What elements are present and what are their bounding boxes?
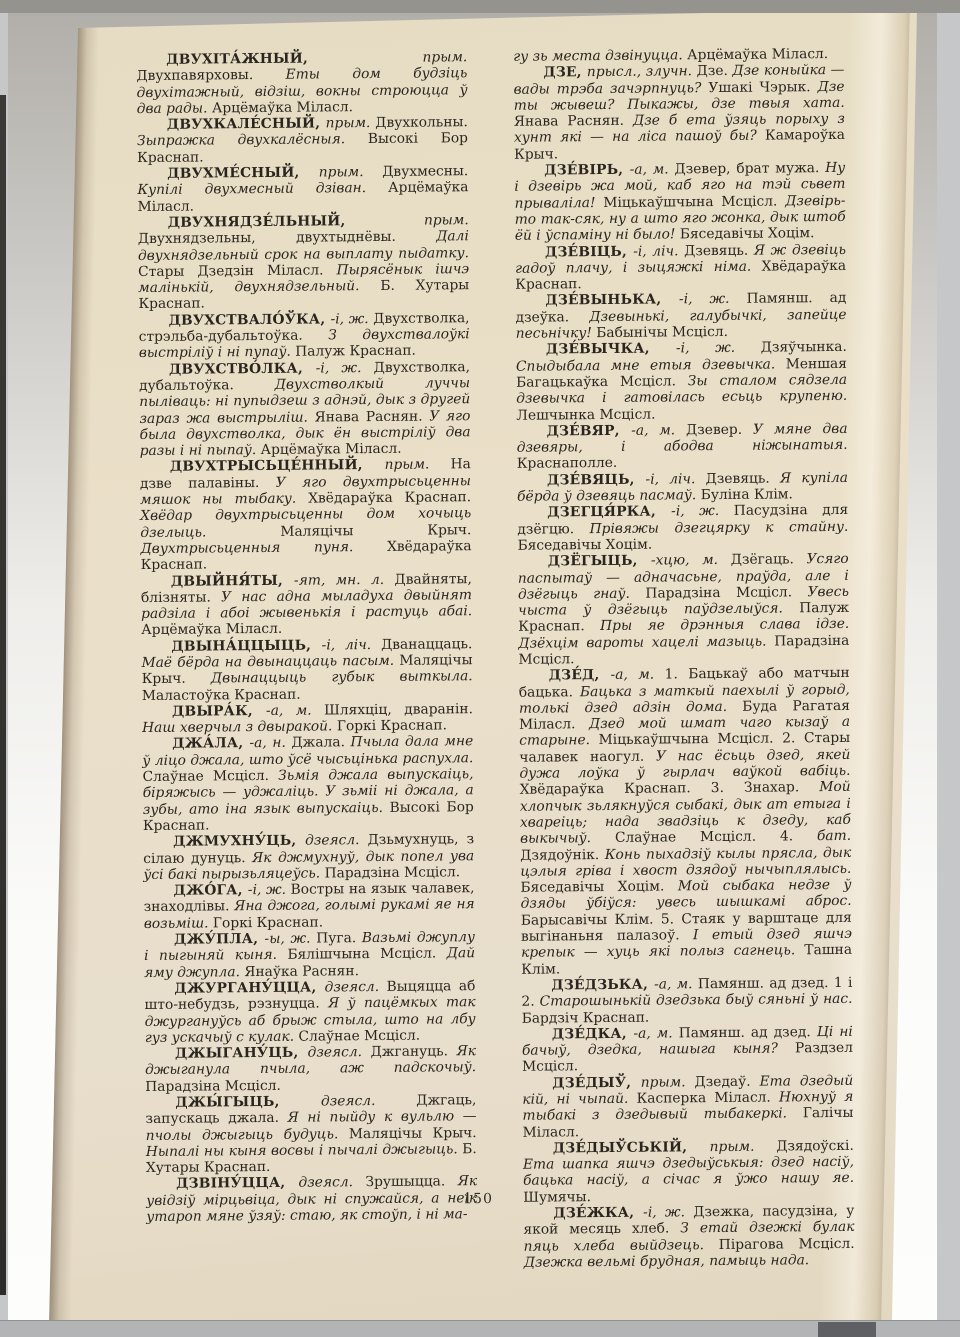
- entry-grammar-or-example: Купілі двухмесный дзіван.: [137, 180, 388, 198]
- entry-definition-or-place: Дзедаў.: [694, 1073, 759, 1090]
- entry-definition-or-place: Слаўнае Мсцісл. 4.: [615, 828, 817, 846]
- entry-grammar-or-example: -і, ж.: [679, 291, 747, 308]
- scan-bottom-strip: [0, 1320, 960, 1337]
- entry-definition-or-place: Міцькаўшчына Мсцісл.: [603, 193, 785, 211]
- entry-grammar-or-example: Двынаццыць губык выткыла.: [211, 668, 473, 686]
- entry-headword: ДВУХСТВО́ЛКА,: [169, 360, 316, 377]
- scanned-book-photo: ДВУХІТА́ЖНЫЙ, прым. Двухпавярховы. Еты д…: [0, 0, 960, 1337]
- dictionary-column-right: гу зь места дзвінуцца. Арцёмаўка Міласл.…: [513, 46, 855, 1271]
- entry-headword: ДВУХІТА́ЖНЫЙ,: [166, 50, 422, 68]
- entry-headword: ДВУХТРЫСЬЦЕ́ННЫЙ,: [170, 457, 385, 475]
- dictionary-entry: ДВУХСТВАЛО́ЎКА, -і, ж. Двухстволка, стрэ…: [138, 310, 469, 362]
- entry-definition-or-place: Парадзіна Мсцісл.: [145, 1078, 281, 1095]
- entry-definition-or-place: Дзевяць.: [684, 242, 754, 259]
- entry-grammar-or-example: прым.: [422, 49, 467, 65]
- entry-definition-or-place: Пуга.: [316, 930, 362, 946]
- entry-definition-or-place: Дзевяць.: [706, 470, 781, 487]
- entry-definition-or-place: Двухпавярховы.: [136, 67, 285, 84]
- entry-definition-or-place: Дзядоўнік.: [520, 847, 605, 864]
- entry-grammar-or-example: -а, м.: [630, 161, 675, 177]
- entry-grammar-or-example: -і, ж.: [330, 311, 373, 327]
- entry-grammar-or-example: бат.: [817, 828, 851, 844]
- entry-definition-or-place: Дзе.: [696, 63, 732, 79]
- dictionary-entry: ДВЫНА́ЦЦЫЦЬ, -і, ліч. Дванаццаць. Маё бё…: [141, 636, 473, 704]
- entry-grammar-or-example: прым.: [710, 1138, 777, 1155]
- entry-headword: ДЗЕ́ВЫНЬКА,: [545, 292, 679, 309]
- entry-definition-or-place: Парадзіна Мсцісл.: [645, 584, 807, 601]
- entry-grammar-or-example: Дзежка вельмі брудная, памыць нада.: [524, 1252, 810, 1270]
- entry-grammar-or-example: -хцю, м.: [651, 552, 731, 569]
- entry-grammar-or-example: -і, ж.: [316, 360, 374, 377]
- entry-headword: ДЗЕ́ВЫЧКА,: [546, 341, 676, 358]
- dictionary-entry: ДВУХІТА́ЖНЫЙ, прым. Двухпавярховы. Еты д…: [136, 49, 468, 117]
- dictionary-entry: ДЗЕ́ВЯЦЬ, -і, ліч. Дзевяць. Я купіла бёр…: [517, 470, 848, 505]
- entry-grammar-or-example: -і, ліч.: [645, 471, 705, 488]
- entry-grammar-or-example: прым.: [326, 115, 376, 131]
- entry-definition-or-place: Бардзіч Краснап.: [522, 1009, 650, 1026]
- entry-grammar-or-example: дзеясл.: [298, 1175, 365, 1192]
- entry-grammar-or-example: -ят, мн. л.: [294, 571, 395, 588]
- entry-definition-or-place: Янаўка Раснян.: [244, 963, 359, 980]
- entry-definition-or-place: Лешчынка Мсцісл.: [516, 406, 655, 423]
- entry-definition-or-place: Хвёдараўка Краснап.: [308, 489, 471, 506]
- entry-grammar-or-example: -і, ж.: [676, 340, 761, 357]
- entry-grammar-or-example: Спыдыбала мне етыя дзевычка.: [516, 356, 786, 374]
- entry-definition-or-place: Дзёгаць.: [731, 551, 807, 568]
- entry-headword: ДЗЕ́ЖКА,: [553, 1205, 643, 1222]
- entry-headword: ДЗЕ́ДЫЎ,: [552, 1074, 641, 1091]
- dictionary-entry: ДВЫРА́К, -а, м. Шляхціц, дваранін. Наш х…: [142, 701, 473, 736]
- entry-grammar-or-example: -а, м.: [631, 422, 686, 438]
- entry-definition-or-place: Ушакі Чэрык.: [708, 79, 817, 96]
- dictionary-entry: ДЗЕ́ДЫЎСЬКІЙ, прым. Дзядоўскі. Ета шапка…: [523, 1138, 855, 1206]
- dictionary-entry: ДЖМУХНУ́ЦЬ, дзеясл. Дзьмухнуць, з сілаю …: [143, 831, 474, 883]
- entry-grammar-or-example: дзеясл.: [307, 1044, 370, 1061]
- entry-definition-or-place: Джала.: [291, 735, 350, 752]
- page-number: 150: [463, 1191, 493, 1208]
- dictionary-entry: ДВУХКАЛЕ́СНЫЙ, прым. Двухкольны. Зыпражк…: [137, 114, 468, 166]
- page-bottom-shadow: [818, 1322, 876, 1337]
- entry-definition-or-place: Бяседавічы Хоцім.: [517, 536, 652, 553]
- entry-grammar-or-example: -а, м.: [654, 976, 698, 992]
- entry-definition-or-place: Слаўнае Мсцісл.: [298, 1027, 420, 1044]
- entry-grammar-or-example: Ета шапка яшчэ дзедыўськыя: дзед насіў, …: [523, 1154, 854, 1189]
- entry-definition-or-place: Палуж Краснап.: [295, 343, 416, 360]
- entry-headword: ДЗЕ́ДЗЬКА,: [551, 977, 654, 994]
- entry-definition-or-place: Маластоўка Краснап.: [142, 686, 301, 703]
- entry-headword: ДЗЕ́ДКА,: [552, 1026, 634, 1043]
- dictionary-entry: ДЗЕ́ВІЦЬ, -і, ліч. Дзевяць. Я ж дзевіць …: [515, 241, 846, 293]
- entry-definition-or-place: Маляцічы Крыч.: [280, 522, 471, 540]
- dictionary-entry: ДВУХСТВО́ЛКА, -і, ж. Двухстволка, дубаль…: [139, 359, 471, 460]
- entry-headword: ДВУХНЯДЗЕ́ЛЬНЫЙ,: [168, 213, 424, 231]
- entry-definition-or-place: Двухкольны.: [375, 114, 468, 131]
- entry-headword: ДЗЕ́Д,: [549, 667, 611, 684]
- entry-headword: ДЖУРГАНУ́ЦЦА,: [174, 979, 324, 996]
- entry-definition-or-place: Дзевер.: [686, 422, 753, 439]
- entry-headword: ДВЫЙНЯ́ТЫ,: [171, 572, 294, 589]
- entry-headword: ДЖЫГАНУ́ЦЬ,: [175, 1045, 308, 1062]
- entry-grammar-or-example: Наш хверчыл з двыракой.: [142, 719, 337, 737]
- dictionary-entry: ДЗЕ́ДЫЎ, прым. Дзедаў. Ета дзедый кій, н…: [522, 1073, 854, 1141]
- entry-headword: ДЗЕ,: [543, 64, 587, 80]
- entry-definition-or-place: Дзевер, брат мужа.: [674, 160, 825, 177]
- entry-definition-or-place: Касперка Міласл.: [636, 1089, 779, 1106]
- entry-grammar-or-example: Ныпалі ны кыня восвы і пычалі джыгыць.: [146, 1141, 463, 1160]
- entry-grammar-or-example: -і, ж.: [671, 503, 734, 520]
- entry-grammar-or-example: Зыпражка двухкалёсныя.: [137, 132, 368, 150]
- entry-grammar-or-example: дзеясл.: [325, 979, 387, 996]
- dictionary-column-left: ДВУХІТА́ЖНЫЙ, прым. Двухпавярховы. Еты д…: [136, 49, 477, 1225]
- dictionary-entry: ДЖЫГАНУ́ЦЬ, дзеясл. Джгануць. Як джыгану…: [145, 1043, 476, 1095]
- entry-headword: ДЗЕ́ВІРЬ,: [544, 162, 630, 179]
- entry-grammar-or-example: гу зь места дзвінуцца.: [513, 47, 687, 65]
- entry-definition-or-place: Янава Раснян.: [315, 408, 430, 425]
- entry-definition-or-place: Двухмесны.: [382, 163, 468, 180]
- dictionary-entry: ДЗЕГЦЯ́РКА, -і, ж. Пасудзіна для дзёгцю.…: [517, 502, 848, 554]
- dictionary-entry: ДЖУРГАНУ́ЦЦА, дзеясл. Выцяцца аб што-неб…: [144, 978, 476, 1046]
- entry-grammar-or-example: -а, м.: [633, 1025, 678, 1041]
- entry-headword: ДВЫНА́ЦЦЫЦЬ,: [171, 637, 321, 654]
- entry-definition-or-place: Бяседавічы Хоцім.: [680, 225, 815, 242]
- entry-grammar-or-example: прым.: [319, 164, 383, 181]
- entry-headword: ДЗЕГЦЯ́РКА,: [547, 504, 671, 521]
- entry-grammar-or-example: -а, м.: [610, 667, 664, 683]
- entry-definition-or-place: Шумячы.: [523, 1189, 591, 1206]
- entry-headword: ДЖА́ЛА,: [172, 736, 249, 753]
- dictionary-entry: ДЖЫ́ГЫЦЬ, дзеясл. Джгаць, запускаць джал…: [145, 1092, 477, 1176]
- entry-headword: ДЖУ́ПЛА,: [174, 931, 265, 948]
- entry-headword: ДЗЕ́ДЫЎСЬКІЙ,: [553, 1139, 710, 1156]
- entry-grammar-or-example: Маё бёрда на двынаццаць пасым.: [141, 653, 399, 671]
- entry-headword: ДЗЕ́ВЯЦЬ,: [547, 471, 646, 488]
- dictionary-entry: ДЗЕ́Д, -а, м. 1. Бацькаў або матчын баць…: [519, 665, 853, 978]
- entry-headword: ДВЫРА́К,: [172, 703, 266, 720]
- entry-definition-or-place: Дзядоўскі.: [776, 1138, 854, 1155]
- entry-definition-or-place: Арцёмаўка Міласл.: [141, 621, 282, 638]
- dictionary-entry: ДЗЁГЫЦЬ, -хцю, м. Дзёгаць. Усяго паспыта…: [518, 551, 850, 668]
- entry-definition-or-place: Бабынічы Мсцісл.: [596, 324, 728, 341]
- entry-headword: ДВУХМЕ́СНЫЙ,: [167, 165, 319, 182]
- entry-headword: ДЖО́ГА,: [173, 882, 247, 899]
- dictionary-entry: ДВУХНЯДЗЕ́ЛЬНЫЙ, прым. Двухнядзельны, дв…: [138, 212, 470, 313]
- entry-definition-or-place: Арцёмаўка Міласл.: [687, 46, 828, 63]
- entry-grammar-or-example: -і, ж.: [248, 882, 291, 898]
- entry-definition-or-place: Слаўнае Мсцісл.: [142, 768, 278, 785]
- entry-definition-or-place: Буліна Клім.: [701, 486, 793, 503]
- entry-grammar-or-example: -і, ліч.: [633, 243, 684, 259]
- entry-grammar-or-example: -і, ліч.: [322, 637, 382, 654]
- entry-grammar-or-example: прысл., злучн.: [587, 63, 697, 80]
- entry-definition-or-place: Зрушыцца.: [365, 1174, 457, 1191]
- entry-headword: ДЗВІНУ́ЦЦА,: [176, 1175, 299, 1192]
- entry-definition-or-place: Янава Раснян.: [514, 113, 633, 130]
- entry-definition-or-place: Дванаццаць.: [381, 636, 473, 653]
- entry-definition-or-place: Арцёмаўка Міласл.: [212, 99, 353, 116]
- dictionary-entry: ДЗЕ́ДЗЬКА, -а, м. Памянш. ад дзед. 1 і 2…: [521, 975, 852, 1027]
- entry-definition-or-place: Стары Дзедзін Міласл.: [138, 262, 337, 280]
- page-text-layer: ДВУХІТА́ЖНЫЙ, прым. Двухпавярховы. Еты д…: [0, 0, 960, 1337]
- scan-top-strip: [0, 0, 960, 13]
- dictionary-entry: ДЖО́ГА, -і, ж. Востры на язык чалавек, з…: [143, 880, 474, 932]
- entry-grammar-or-example: -а, м.: [266, 702, 324, 719]
- entry-definition-or-place: Бялішчына Мсцісл.: [287, 946, 446, 963]
- entry-headword: ДВУХКАЛЕ́СНЫЙ,: [167, 116, 326, 133]
- entry-headword: ДВУХСТВАЛО́ЎКА,: [168, 311, 330, 328]
- dictionary-entry: ДЗЕ́ВІРЬ, -а, м. Дзевер, брат мужа. Ну і…: [514, 160, 846, 244]
- entry-definition-or-place: Бяседавічы Хоцім.: [520, 879, 677, 896]
- entry-grammar-or-example: Двухтрысьценныя пуня.: [140, 539, 387, 557]
- entry-grammar-or-example: Старошынькій дзедзька быў сяньні ў нас.: [540, 991, 853, 1010]
- entry-definition-or-place: Горкі Краснап.: [337, 718, 447, 735]
- entry-grammar-or-example: прым.: [385, 457, 451, 474]
- entry-grammar-or-example: -і, ж.: [643, 1204, 693, 1220]
- entry-definition-or-place: Краснаполле.: [517, 455, 618, 472]
- entry-headword: ДЗЁГЫЦЬ,: [548, 553, 651, 570]
- entry-grammar-or-example: -ы, ж.: [264, 931, 316, 947]
- dictionary-entry: ДЗЕ́ВЫНЬКА, -і, ж. Памянш. ад дзеўка. Дз…: [515, 290, 846, 342]
- dictionary-entry: ДВЫЙНЯ́ТЫ, -ят, мн. л. Двайняты, блізнят…: [141, 571, 473, 639]
- entry-grammar-or-example: прым.: [424, 212, 469, 228]
- entry-definition-or-place: Арцёмаўка Міласл.: [261, 441, 402, 458]
- entry-definition-or-place: Горкі Краснап.: [213, 914, 323, 931]
- entry-definition-or-place: Памянш. ад дзед.: [679, 1024, 817, 1041]
- dictionary-entry: ДЗВІНУ́ЦЦА, дзеясл. Зрушыцца. Як увідзіў…: [146, 1174, 477, 1226]
- entry-definition-or-place: Пірагова Мсцісл.: [719, 1236, 855, 1253]
- dictionary-entry: ДЗЕ́ВЯР, -а, м. Дзевер. У мяне два дзевя…: [516, 421, 847, 473]
- dictionary-entry: ДЗЕ́ВЫЧКА, -і, ж. Дзяўчынка. Спыдыбала м…: [516, 339, 848, 423]
- entry-grammar-or-example: прым.: [641, 1074, 695, 1090]
- dictionary-entry: ДЗЕ́ЖКА, -і, ж. Дзежка, пасудзіна, у яко…: [523, 1203, 855, 1271]
- entry-grammar-or-example: -а, н.: [249, 735, 291, 751]
- dictionary-entry: ДЗЕ, прысл., злучн. Дзе. Дзе коныйка — в…: [513, 62, 845, 163]
- entry-headword: ДЖЫ́ГЫЦЬ,: [175, 1093, 321, 1110]
- dictionary-entry: ДВУХТРЫСЬЦЕ́ННЫЙ, прым. На дзве палавіны…: [140, 457, 472, 574]
- entry-grammar-or-example: дзеясл.: [305, 832, 368, 849]
- entry-definition-or-place: Шляхціц, дваранін.: [324, 701, 473, 718]
- entry-definition-or-place: Джгануць.: [370, 1043, 456, 1060]
- dictionary-entry: ДЖА́ЛА, -а, н. Джала. Пчыла дала мне ў л…: [142, 734, 474, 835]
- dictionary-entry: ДВУХМЕ́СНЫЙ, прым. Двухмесны. Купілі дву…: [137, 163, 468, 215]
- entry-headword: ДЗЕ́ВІЦЬ,: [545, 243, 633, 260]
- dictionary-entry: ДЖУ́ПЛА, -ы, ж. Пуга. Вазьмі джуплу і пы…: [144, 929, 475, 981]
- entry-definition-or-place: Парадзіна Мсцісл.: [324, 864, 460, 881]
- entry-headword: ДЗЕ́ВЯР,: [546, 423, 631, 440]
- entry-definition-or-place: Маляцічы Крыч.: [349, 1125, 477, 1142]
- dictionary-entry: ДЗЕ́ДКА, -а, м. Памянш. ад дзед. Ці ні б…: [522, 1024, 853, 1076]
- entry-headword: ДЖМУХНУ́ЦЬ,: [173, 833, 305, 850]
- entry-definition-or-place: Дзяўчынка.: [761, 339, 847, 356]
- entry-grammar-or-example: Прівяжы дзегцярку к стайну.: [590, 518, 849, 536]
- entry-grammar-or-example: дзеясл.: [321, 1093, 416, 1110]
